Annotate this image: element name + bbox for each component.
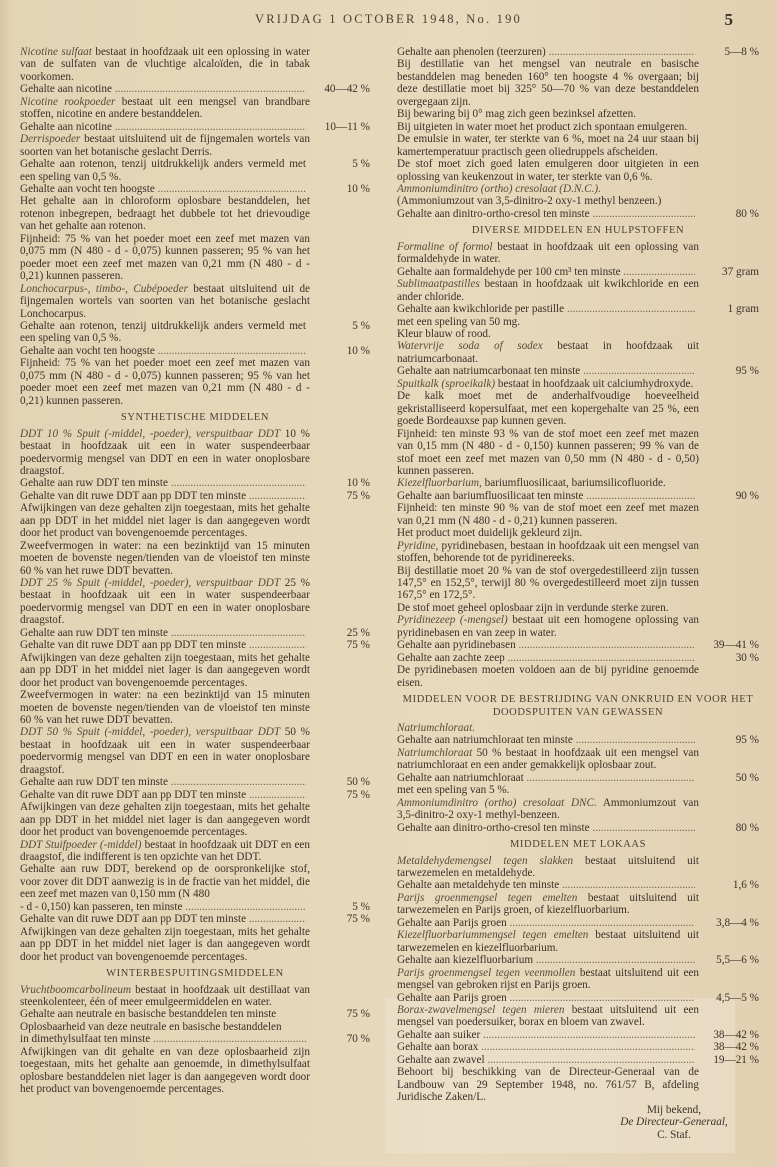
paragraph: Kleur blauw of rood. xyxy=(397,328,759,340)
spec-value: 5,5—6 % xyxy=(695,954,759,966)
section-heading: MIDDELEN VOOR DE BESTRIJDING VAN ONKRUID… xyxy=(397,694,759,719)
spec-value: 1,6 % xyxy=(695,879,759,891)
spec-value: 30 % xyxy=(695,652,759,664)
paragraph: Fijnheid: 75 % van het poeder moet een z… xyxy=(20,357,370,407)
spec-value: 5—8 % xyxy=(695,46,759,58)
spec-value: 95 % xyxy=(695,734,759,746)
paragraph-text: Het product moet duidelijk gekleurd zijn… xyxy=(397,527,699,539)
spec-row: Gehalte aan suiker38—42 % xyxy=(397,1029,759,1041)
spec-label: in dimethylsulfaat ten minste xyxy=(20,1033,306,1045)
paragraph-text: Vruchtboomcarbolineum bestaat in hoofdza… xyxy=(20,984,310,1009)
spec-row: Gehalte aan ruw DDT ten minste10 % xyxy=(20,477,370,489)
spec-value: 90 % xyxy=(695,490,759,502)
spec-row: Gehalte aan ruw DDT ten minste50 % xyxy=(20,776,370,788)
paragraph-body: De stof moet zich goed laten emulgeren d… xyxy=(397,158,699,182)
paragraph: Formaline of formol bestaat in hoofdzaak… xyxy=(397,241,759,266)
spec-value: 38—42 % xyxy=(695,1029,759,1041)
paragraph: De pyridinebasen moeten voldoen aan de b… xyxy=(397,664,759,689)
spec-row: Gehalte aan zachte zeep30 % xyxy=(397,652,759,664)
paragraph-text: (Ammoniumzout van 3,5-dinitro-2 oxy-1 me… xyxy=(397,195,699,207)
paragraph-body: De kalk moet met de anderhalfvoudige hoe… xyxy=(397,390,699,427)
product-name: Kiezelfluorbarium, xyxy=(397,477,482,489)
spec-row: Gehalte aan nicotine40—42 % xyxy=(20,83,370,95)
spec-label: Gehalte aan kwikchloride per pastille xyxy=(397,303,695,315)
paragraph: De kalk moet met de anderhalfvoudige hoe… xyxy=(397,390,759,427)
spec-value: 5 % xyxy=(306,320,370,332)
spec-label: Gehalte aan bariumfluosilicaat ten minst… xyxy=(397,490,695,502)
paragraph: Metaldehydemengsel tegen slakken bestaat… xyxy=(397,855,759,880)
paragraph: Bij uitgieten in water moet het product … xyxy=(397,121,759,133)
paragraph-text: Ammoniumdinitro (ortho) cresolaat DNC. A… xyxy=(397,797,699,822)
product-name: Watervrije soda of sodex xyxy=(397,340,543,352)
spec-row: Gehalte van dit ruwe DDT aan pp DDT ten … xyxy=(20,789,370,801)
product-name: Formaline of formol xyxy=(397,241,492,253)
spec-label: Gehalte aan phenolen (teerzuren) xyxy=(397,46,695,58)
paragraph-text: Lonchocarpus-, timbo-, Cubépoeder bestaa… xyxy=(20,283,310,320)
product-name: DDT 50 % Spuit (-middel, -poeder), versp… xyxy=(20,726,280,738)
paragraph-body: De emulsie in water, ter sterkte van 6 %… xyxy=(397,133,699,157)
paragraph: Bij destillatie moet 20 % van de stof ov… xyxy=(397,565,759,602)
paragraph-text: Nicotine sulfaat bestaat in hoofdzaak ui… xyxy=(20,46,310,83)
paragraph-text: Zweefvermogen in water: na een bezinktij… xyxy=(20,689,310,726)
spec-value: 4,5—5 % xyxy=(695,992,759,1004)
spec-row: Gehalte van dit ruwe DDT aan pp DDT ten … xyxy=(20,639,370,651)
paragraph-text: met een speling van 50 mg. xyxy=(397,316,699,328)
paragraph-body: Zweefvermogen in water: na een bezinktij… xyxy=(20,689,310,726)
paragraph-text: Behoort bij beschikking van de Directeur… xyxy=(397,1066,699,1103)
paragraph: DDT 50 % Spuit (-middel, -poeder), versp… xyxy=(20,726,370,776)
paragraph-body: (Ammoniumzout van 3,5-dinitro-2 oxy-1 me… xyxy=(397,195,661,207)
paragraph: Het product moet duidelijk gekleurd zijn… xyxy=(397,527,759,539)
paragraph-body: Fijnheid: 75 % van het poeder moet een z… xyxy=(20,357,310,406)
paragraph-body: met een speling van 50 mg. xyxy=(397,316,520,328)
section-heading: WINTERBESPUITINGSMIDDELEN xyxy=(20,968,370,980)
spec-row: Gehalte aan dinitro-ortho-cresol ten min… xyxy=(397,822,759,834)
paragraph: DDT Stuifpoeder (-middel) bestaat in hoo… xyxy=(20,839,370,864)
paragraph-body: De pyridinebasen moeten voldoen aan de b… xyxy=(397,664,699,688)
paragraph: Lonchocarpus-, timbo-, Cubépoeder bestaa… xyxy=(20,283,370,320)
paragraph: Parijs groenmengsel tegen emelten bestaa… xyxy=(397,892,759,917)
paragraph-text: Het gehalte aan in chloroform oplosbare … xyxy=(20,195,310,232)
product-name: Lonchocarpus-, timbo-, Cubépoeder xyxy=(20,283,188,295)
spec-label: Gehalte aan rotenon, tenzij uitdrukkelij… xyxy=(20,158,306,183)
spec-value: 75 % xyxy=(306,490,370,502)
paragraph: Natriumchloraat. xyxy=(397,722,759,734)
paragraph-body: Behoort bij beschikking van de Directeur… xyxy=(397,1066,699,1103)
spec-value: 10—11 % xyxy=(306,121,370,133)
spec-label: Gehalte van dit ruwe DDT aan pp DDT ten … xyxy=(20,913,306,925)
paragraph-body: Afwijkingen van dit gehalte en van deze … xyxy=(20,1046,310,1095)
paragraph-text: Fijnheid: ten minste 90 % van de stof mo… xyxy=(397,502,699,527)
paragraph-text: DDT 25 % Spuit (-middel, -poeder), versp… xyxy=(20,577,310,627)
paragraph: Pyridinezeep (-mengsel) bestaat uit een … xyxy=(397,614,759,639)
paragraph-text: Sublimaatpastilles bestaan in hoofdzaak … xyxy=(397,278,699,303)
spec-label: Gehalte aan rotenon, tenzij uitdrukkelij… xyxy=(20,320,306,345)
paragraph-text: Afwijkingen van deze gehalten zijn toege… xyxy=(20,801,310,838)
paragraph-body: Gehalte aan ruw DDT, berekend op de oors… xyxy=(20,863,310,900)
paragraph: Kiezelfluorbariummengsel tegen emelten b… xyxy=(397,929,759,954)
spec-label: Gehalte aan nicotine xyxy=(20,83,306,95)
spec-label: Gehalte aan vocht ten hoogste xyxy=(20,345,306,357)
product-name: Parijs groenmengsel tegen emelten xyxy=(397,892,577,904)
paragraph-text: Fijnheid: ten minste 93 % van de stof mo… xyxy=(397,428,699,478)
page-header: VRIJDAG 1 OCTOBER 1948, No. 190 5 xyxy=(0,10,777,30)
paragraph-text: Fijnheid: 75 % van het poeder moet een z… xyxy=(20,357,310,407)
paragraph: Afwijkingen van deze gehalten zijn toege… xyxy=(20,652,370,689)
paragraph: (Ammoniumzout van 3,5-dinitro-2 oxy-1 me… xyxy=(397,195,759,207)
spec-row: Gehalte aan formaldehyde per 100 cm³ ten… xyxy=(397,266,759,278)
paragraph-text: Fijnheid: 75 % van het poeder moet een z… xyxy=(20,233,310,283)
spec-value: 37 gram xyxy=(695,266,759,278)
paragraph: De stof moet geheel oplosbaar zijn in ve… xyxy=(397,602,759,614)
spec-value: 75 % xyxy=(306,789,370,801)
paragraph: Derrispoeder bestaat uitsluitend uit de … xyxy=(20,133,370,158)
spec-label: Gehalte aan natriumchloraat ten minste xyxy=(397,734,695,746)
paragraph: DDT 10 % Spuit (-middel, -poeder), versp… xyxy=(20,428,370,478)
paragraph: Afwijkingen van deze gehalten zijn toege… xyxy=(20,926,370,963)
spec-label: Gehalte aan ruw DDT ten minste xyxy=(20,776,306,788)
paragraph-text: Afwijkingen van deze gehalten zijn toege… xyxy=(20,502,310,539)
spec-row: Gehalte aan bariumfluosilicaat ten minst… xyxy=(397,490,759,502)
spec-row: Gehalte aan metaldehyde ten minste1,6 % xyxy=(397,879,759,891)
spec-value: 75 % xyxy=(306,913,370,925)
spec-row: Gehalte aan Parijs groen3,8—4 % xyxy=(397,917,759,929)
product-name: Ammoniumdinitro (ortho) cresolaat DNC. xyxy=(397,797,597,809)
spec-label: Gehalte van dit ruwe DDT aan pp DDT ten … xyxy=(20,639,306,651)
paragraph-text: Afwijkingen van deze gehalten zijn toege… xyxy=(20,652,310,689)
spec-value: 39—41 % xyxy=(695,639,759,651)
paragraph-body: Het gehalte aan in chloroform oplosbare … xyxy=(20,195,310,232)
product-name: Borax-zwavelmengsel tegen mieren xyxy=(397,1004,564,1016)
product-name: Derrispoeder xyxy=(20,133,80,145)
paragraph-text: Formaline of formol bestaat in hoofdzaak… xyxy=(397,241,699,266)
paragraph-body: Het product moet duidelijk gekleurd zijn… xyxy=(397,527,582,539)
paragraph: Fijnheid: ten minste 90 % van de stof mo… xyxy=(397,502,759,527)
paragraph-body: bariumfluosilicaat, bariumsilicofluoride… xyxy=(482,477,666,489)
paragraph-text: Nicotine rookpoeder bestaat uit een meng… xyxy=(20,96,310,121)
spec-label: Gehalte aan zwavel xyxy=(397,1054,695,1066)
spec-label: Gehalte aan Parijs groen xyxy=(397,992,695,1004)
paragraph-body: bestaat in hoofdzaak uit calciumhydroxyd… xyxy=(495,378,693,390)
section-heading: DIVERSE MIDDELEN EN HULPSTOFFEN xyxy=(397,225,759,237)
spec-row: Gehalte aan pyridinebasen39—41 % xyxy=(397,639,759,651)
spec-value: 50 % xyxy=(306,776,370,788)
product-name: Pyridinezeep (-mengsel) xyxy=(397,614,508,626)
spec-label: Gehalte aan Parijs groen xyxy=(397,917,695,929)
paragraph: Fijnheid: ten minste 93 % van de stof mo… xyxy=(397,428,759,478)
spec-value: 70 % xyxy=(306,1033,370,1045)
left-column: Nicotine sulfaat bestaat in hoofdzaak ui… xyxy=(20,46,370,1096)
paragraph: Watervrije soda of sodex bestaat in hoof… xyxy=(397,340,759,365)
paragraph: Zweefvermogen in water: na een bezinktij… xyxy=(20,689,370,726)
product-name: DDT 10 % Spuit (-middel, -poeder), versp… xyxy=(20,428,280,440)
product-name: Nicotine sulfaat xyxy=(20,46,92,58)
product-name: Sublimaatpastilles xyxy=(397,278,480,290)
paragraph-text: Watervrije soda of sodex bestaat in hoof… xyxy=(397,340,699,365)
spec-row: Gehalte aan dinitro-ortho-cresol ten min… xyxy=(397,208,759,220)
spec-row: - d - 0,150) kan passeren, ten minste5 % xyxy=(20,901,370,913)
spec-value: 5 % xyxy=(306,901,370,913)
section-heading: MIDDELEN MET LOKAAS xyxy=(397,839,759,851)
signature-acknowledged: Mij bekend, xyxy=(589,1104,759,1116)
paragraph-text: De stof moet zich goed laten emulgeren d… xyxy=(397,158,699,183)
spec-value: 19—21 % xyxy=(695,1054,759,1066)
paragraph: De emulsie in water, ter sterkte van 6 %… xyxy=(397,133,759,158)
paragraph-text: Zweefvermogen in water: na een bezinktij… xyxy=(20,540,310,577)
product-name: Metaldehydemengsel tegen slakken xyxy=(397,855,573,867)
signature-block: Mij bekend, De Directeur-Generaal, C. St… xyxy=(397,1104,759,1141)
spec-label: Gehalte aan pyridinebasen xyxy=(397,639,695,651)
paragraph: Oplosbaarheid van deze neutrale en basis… xyxy=(20,1021,370,1033)
spec-label: Gehalte van dit ruwe DDT aan pp DDT ten … xyxy=(20,789,306,801)
paragraph: Het gehalte aan in chloroform oplosbare … xyxy=(20,195,370,232)
paragraph: Spuitkalk (sproeikalk) bestaat in hoofdz… xyxy=(397,378,759,390)
spec-row: Gehalte aan nicotine10—11 % xyxy=(20,121,370,133)
paragraph: met een speling van 5 %. xyxy=(397,784,759,796)
spec-label: Gehalte aan vocht ten hoogste xyxy=(20,183,306,195)
spec-row: in dimethylsulfaat ten minste70 % xyxy=(20,1033,370,1045)
paragraph: Zweefvermogen in water: na een bezinktij… xyxy=(20,540,370,577)
newspaper-page: VRIJDAG 1 OCTOBER 1948, No. 190 5 Nicoti… xyxy=(0,0,777,1167)
paragraph-text: De stof moet geheel oplosbaar zijn in ve… xyxy=(397,602,699,614)
product-name: DDT Stuifpoeder (-middel) xyxy=(20,839,142,851)
spec-label: Gehalte van dit ruwe DDT aan pp DDT ten … xyxy=(20,490,306,502)
spec-value: 1 gram xyxy=(695,303,759,315)
paragraph: Bij destillatie van het mengsel van neut… xyxy=(397,58,759,108)
spec-label: - d - 0,150) kan passeren, ten minste xyxy=(20,901,306,913)
spec-row: Gehalte aan vocht ten hoogste10 % xyxy=(20,183,370,195)
paragraph-text: Oplosbaarheid van deze neutrale en basis… xyxy=(20,1021,310,1033)
paragraph-body: Fijnheid: ten minste 93 % van de stof mo… xyxy=(397,428,699,477)
header-date-title: VRIJDAG 1 OCTOBER 1948, No. 190 xyxy=(0,12,777,27)
paragraph-text: De pyridinebasen moeten voldoen aan de b… xyxy=(397,664,699,689)
paragraph-text: Afwijkingen van deze gehalten zijn toege… xyxy=(20,926,310,963)
paragraph: Borax-zwavelmengsel tegen mieren bestaat… xyxy=(397,1004,759,1029)
paragraph-body: De stof moet geheel oplosbaar zijn in ve… xyxy=(397,602,669,614)
signature-title: De Directeur-Generaal, xyxy=(589,1116,759,1128)
spec-row: Gehalte aan vocht ten hoogste10 % xyxy=(20,345,370,357)
spec-value: 50 % xyxy=(695,772,759,784)
paragraph-text: DDT Stuifpoeder (-middel) bestaat in hoo… xyxy=(20,839,310,864)
paragraph-text: DDT 50 % Spuit (-middel, -poeder), versp… xyxy=(20,726,310,776)
spec-row: Gehalte aan neutrale en basische bestand… xyxy=(20,1008,370,1020)
paragraph-text: Pyridine, pyridinebasen, bestaan in hoof… xyxy=(397,540,699,565)
spec-label: Gehalte aan dinitro-ortho-cresol ten min… xyxy=(397,208,695,220)
paragraph-text: Derrispoeder bestaat uitsluitend uit de … xyxy=(20,133,310,158)
spec-row: Gehalte aan natriumcarbonaat ten minste9… xyxy=(397,365,759,377)
product-name: Natriumchloraat. xyxy=(397,722,475,734)
paragraph-text: Bij bewaring bij 0° mag zich geen bezink… xyxy=(397,108,699,120)
paragraph-text: Natriumchloraat. xyxy=(397,722,699,734)
paragraph-body: Bij destillatie van het mengsel van neut… xyxy=(397,58,699,107)
paragraph-body: pyridinebasen, bestaan in hoofdzaak uit … xyxy=(397,540,699,564)
paragraph: Gehalte aan ruw DDT, berekend op de oors… xyxy=(20,863,370,900)
paragraph: Nicotine sulfaat bestaat in hoofdzaak ui… xyxy=(20,46,370,83)
paragraph-body: Afwijkingen van deze gehalten zijn toege… xyxy=(20,801,310,838)
spec-label: Gehalte aan nicotine xyxy=(20,121,306,133)
spec-row: Gehalte aan phenolen (teerzuren)5—8 % xyxy=(397,46,759,58)
product-name: Pyridine, xyxy=(397,540,438,552)
spec-row: Gehalte aan zwavel19—21 % xyxy=(397,1054,759,1066)
paragraph-text: Ammoniumdinitro (ortho) cresolaat (D.N.C… xyxy=(397,183,699,195)
spec-value: 95 % xyxy=(695,365,759,377)
paragraph: Fijnheid: 75 % van het poeder moet een z… xyxy=(20,233,370,283)
paragraph: Ammoniumdinitro (ortho) cresolaat DNC. A… xyxy=(397,797,759,822)
paragraph-text: Borax-zwavelmengsel tegen mieren bestaat… xyxy=(397,1004,699,1029)
paragraph: Kiezelfluorbarium, bariumfluosilicaat, b… xyxy=(397,477,759,489)
paragraph-body: Afwijkingen van deze gehalten zijn toege… xyxy=(20,926,310,963)
paragraph-text: Metaldehydemengsel tegen slakken bestaat… xyxy=(397,855,699,880)
paragraph-text: met een speling van 5 %. xyxy=(397,784,699,796)
product-name: Ammoniumdinitro (ortho) cresolaat (D.N.C… xyxy=(397,183,601,195)
paragraph-text: De emulsie in water, ter sterkte van 6 %… xyxy=(397,133,699,158)
paragraph: Ammoniumdinitro (ortho) cresolaat (D.N.C… xyxy=(397,183,759,195)
spec-value: 5 % xyxy=(306,158,370,170)
paragraph-body: Afwijkingen van deze gehalten zijn toege… xyxy=(20,502,310,539)
spec-value: 10 % xyxy=(306,477,370,489)
paragraph-body: Zweefvermogen in water: na een bezinktij… xyxy=(20,540,310,577)
paragraph-text: Afwijkingen van dit gehalte en van deze … xyxy=(20,1046,310,1096)
spec-row: Gehalte aan natriumchloraat50 % xyxy=(397,772,759,784)
spec-value: 80 % xyxy=(695,208,759,220)
paragraph-text: Bij uitgieten in water moet het product … xyxy=(397,121,699,133)
spec-row: Gehalte van dit ruwe DDT aan pp DDT ten … xyxy=(20,913,370,925)
spec-label: Gehalte aan natriumcarbonaat ten minste xyxy=(397,365,695,377)
spec-value: 80 % xyxy=(695,822,759,834)
spec-row: Gehalte aan kiezelfluorbarium5,5—6 % xyxy=(397,954,759,966)
spec-value: 3,8—4 % xyxy=(695,917,759,929)
paragraph-body: Bij bewaring bij 0° mag zich geen bezink… xyxy=(397,108,636,120)
product-name: Kiezelfluorbariummengsel tegen emelten xyxy=(397,929,588,941)
paragraph-body: met een speling van 5 %. xyxy=(397,784,509,796)
product-name: Spuitkalk (sproeikalk) xyxy=(397,378,495,390)
paragraph: Vruchtboomcarbolineum bestaat in hoofdza… xyxy=(20,984,370,1009)
paragraph: Afwijkingen van dit gehalte en van deze … xyxy=(20,1046,370,1096)
spec-label: Gehalte aan zachte zeep xyxy=(397,652,695,664)
spec-row: Gehalte aan kwikchloride per pastille1 g… xyxy=(397,303,759,315)
spec-row: Gehalte van dit ruwe DDT aan pp DDT ten … xyxy=(20,490,370,502)
paragraph-text: Pyridinezeep (-mengsel) bestaat uit een … xyxy=(397,614,699,639)
spec-value: 38—42 % xyxy=(695,1041,759,1053)
paragraph: De stof moet zich goed laten emulgeren d… xyxy=(397,158,759,183)
spec-label: Gehalte aan ruw DDT ten minste xyxy=(20,627,306,639)
paragraph-text: Kiezelfluorbarium, bariumfluosilicaat, b… xyxy=(397,477,699,489)
spec-label: Gehalte aan formaldehyde per 100 cm³ ten… xyxy=(397,266,695,278)
product-name: Natriumchloraat xyxy=(397,747,472,759)
paragraph-text: Spuitkalk (sproeikalk) bestaat in hoofdz… xyxy=(397,378,699,390)
product-name: Vruchtboomcarbolineum xyxy=(20,984,131,996)
spec-label: Gehalte aan ruw DDT ten minste xyxy=(20,477,306,489)
paragraph-text: Kiezelfluorbariummengsel tegen emelten b… xyxy=(397,929,699,954)
spec-label: Gehalte aan suiker xyxy=(397,1029,695,1041)
paragraph: Bij bewaring bij 0° mag zich geen bezink… xyxy=(397,108,759,120)
section-heading: SYNTHETISCHE MIDDELEN xyxy=(20,412,370,424)
paragraph: Afwijkingen van deze gehalten zijn toege… xyxy=(20,801,370,838)
paragraph-text: Bij destillatie van het mengsel van neut… xyxy=(397,58,699,108)
paragraph-body: Oplosbaarheid van deze neutrale en basis… xyxy=(20,1021,282,1033)
paragraph-text: DDT 10 % Spuit (-middel, -poeder), versp… xyxy=(20,428,310,478)
paragraph: met een speling van 50 mg. xyxy=(397,316,759,328)
paragraph: Sublimaatpastilles bestaan in hoofdzaak … xyxy=(397,278,759,303)
product-name: Parijs groenmengsel tegen veenmollen xyxy=(397,967,575,979)
page-number: 5 xyxy=(725,10,734,30)
paragraph: Nicotine rookpoeder bestaat uit een meng… xyxy=(20,96,370,121)
paragraph-body: Fijnheid: 75 % van het poeder moet een z… xyxy=(20,233,310,282)
spec-value: 10 % xyxy=(306,183,370,195)
spec-label: Gehalte aan dinitro-ortho-cresol ten min… xyxy=(397,822,695,834)
spec-value: 25 % xyxy=(306,627,370,639)
product-name: Nicotine rookpoeder xyxy=(20,96,115,108)
spec-label: Gehalte aan natriumchloraat xyxy=(397,772,695,784)
paragraph: Natriumchloraat 50 % bestaat in hoofdzaa… xyxy=(397,747,759,772)
spec-label: Gehalte aan metaldehyde ten minste xyxy=(397,879,695,891)
paragraph-text: Bij destillatie moet 20 % van de stof ov… xyxy=(397,565,699,602)
spec-row: Gehalte aan Parijs groen4,5—5 % xyxy=(397,992,759,1004)
spec-value: 75 % xyxy=(306,639,370,651)
spec-row: Gehalte aan natriumchloraat ten minste95… xyxy=(397,734,759,746)
spec-row: Gehalte aan ruw DDT ten minste25 % xyxy=(20,627,370,639)
paragraph: Afwijkingen van deze gehalten zijn toege… xyxy=(20,502,370,539)
paragraph-body: Kleur blauw of rood. xyxy=(397,328,491,340)
spec-label: Gehalte aan kiezelfluorbarium xyxy=(397,954,695,966)
paragraph-text: Kleur blauw of rood. xyxy=(397,328,699,340)
spec-label: Gehalte aan neutrale en basische bestand… xyxy=(20,1008,306,1020)
paragraph-text: De kalk moet met de anderhalfvoudige hoe… xyxy=(397,390,699,427)
paragraph-text: Natriumchloraat 50 % bestaat in hoofdzaa… xyxy=(397,747,699,772)
spec-value: 75 % xyxy=(306,1008,370,1020)
product-name: DDT 25 % Spuit (-middel, -poeder), versp… xyxy=(20,577,280,589)
paragraph-body: Afwijkingen van deze gehalten zijn toege… xyxy=(20,652,310,689)
paragraph-text: Parijs groenmengsel tegen emelten bestaa… xyxy=(397,892,699,917)
paragraph: DDT 25 % Spuit (-middel, -poeder), versp… xyxy=(20,577,370,627)
spec-row: Gehalte aan borax38—42 % xyxy=(397,1041,759,1053)
spec-row: Gehalte aan rotenon, tenzij uitdrukkelij… xyxy=(20,158,370,183)
signature-name: C. Staf. xyxy=(589,1129,759,1141)
spec-value: 40—42 % xyxy=(306,83,370,95)
paragraph-text: Gehalte aan ruw DDT, berekend op de oors… xyxy=(20,863,310,900)
paragraph: Behoort bij beschikking van de Directeur… xyxy=(397,1066,759,1103)
paragraph-body: Fijnheid: ten minste 90 % van de stof mo… xyxy=(397,502,699,526)
paragraph: Parijs groenmengsel tegen veenmollen bes… xyxy=(397,967,759,992)
paragraph: Pyridine, pyridinebasen, bestaan in hoof… xyxy=(397,540,759,565)
right-column-body: Gehalte aan phenolen (teerzuren)5—8 %Bij… xyxy=(397,46,759,1104)
right-column: Gehalte aan phenolen (teerzuren)5—8 %Bij… xyxy=(397,46,759,1141)
paragraph-text: Parijs groenmengsel tegen veenmollen bes… xyxy=(397,967,699,992)
spec-value: 10 % xyxy=(306,345,370,357)
spec-row: Gehalte aan rotenon, tenzij uitdrukkelij… xyxy=(20,320,370,345)
paragraph-body: Bij uitgieten in water moet het product … xyxy=(397,121,687,133)
paragraph-body: Bij destillatie moet 20 % van de stof ov… xyxy=(397,565,699,602)
spec-label: Gehalte aan borax xyxy=(397,1041,695,1053)
